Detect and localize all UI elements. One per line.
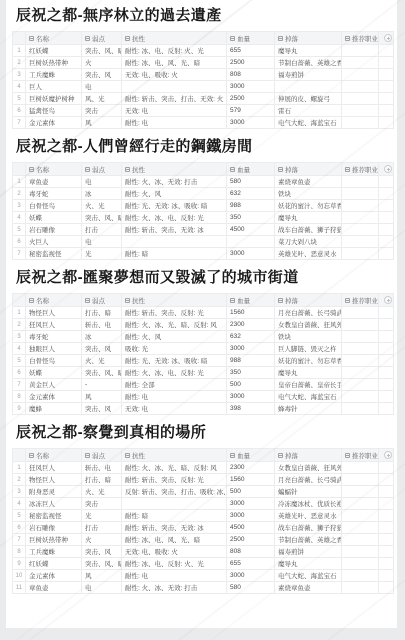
grid-square-icon [85, 167, 90, 172]
cell-drops[interactable]: 电气大蛇、海蓝宝石 [275, 117, 342, 129]
column-header-weakness[interactable]: 弱点 [82, 294, 122, 307]
cell-drops[interactable]: 电气大蛇、海蓝宝石 [275, 391, 342, 403]
row-number: 3 [13, 331, 26, 343]
cell-name[interactable]: 妖蝶 [26, 367, 82, 379]
cell-hp[interactable]: 808 [227, 546, 275, 558]
cell-drops[interactable]: 福寿煎饼 [275, 69, 342, 81]
grid-square-icon [29, 453, 34, 458]
add-column-header [379, 294, 394, 307]
cell-weakness[interactable]: 火、光 [82, 200, 122, 212]
grid-square-icon [125, 36, 130, 41]
cell-resistance[interactable]: 耐性: 斩击、突击、打击、无效: 火 [122, 93, 227, 105]
column-header-resistance[interactable]: 抗性 [122, 294, 227, 307]
cell-extra [379, 534, 394, 546]
table-row: 1章鱼壶电耐性: 火、冰、无效: 打击580素烧章鱼壶 [13, 176, 394, 188]
plus-circle-icon[interactable] [384, 296, 392, 304]
cell-recommended-class[interactable] [342, 45, 379, 57]
cell-weakness[interactable]: 电 [82, 236, 122, 248]
cell-name[interactable]: 猛禽怪鸟 [26, 105, 82, 117]
cell-weakness[interactable]: 突击、风、暗 [82, 367, 122, 379]
column-header-recommended-class[interactable]: 推荐职业 [342, 294, 379, 307]
cell-recommended-class[interactable] [342, 534, 379, 546]
cell-recommended-class[interactable] [342, 117, 379, 129]
cell-recommended-class[interactable] [342, 331, 379, 343]
cell-resistance[interactable]: 无效: 电 [122, 403, 227, 415]
cell-recommended-class[interactable] [342, 546, 379, 558]
table-row: 2狂风巨人斩击、电耐性: 火、冰、光、暗、反射: 风2300女教皇白蔷薇、狂风外… [13, 319, 394, 331]
column-header-recommended-class[interactable]: 推荐职业 [342, 32, 379, 45]
row-number: 2 [13, 319, 26, 331]
cell-weakness[interactable]: 打击 [82, 224, 122, 236]
cell-recommended-class[interactable] [342, 105, 379, 117]
cell-recommended-class[interactable] [342, 176, 379, 188]
cell-drops[interactable]: 巨人脚链、毁灭之杵 [275, 343, 342, 355]
cell-drops[interactable]: 节制白蔷薇、英雄之香 [275, 534, 342, 546]
cell-name[interactable]: 金元素体 [26, 570, 82, 582]
doc-section: 辰祝之都-人們曾經行走的鋼鐵房間 名称弱点抗性血量掉落推荐职业 1章鱼壶电耐性:… [12, 138, 393, 260]
cell-recommended-class[interactable] [342, 355, 379, 367]
cell-weakness[interactable]: 风、光 [82, 93, 122, 105]
cell-recommended-class[interactable] [342, 224, 379, 236]
cell-hp[interactable]: 988 [227, 355, 275, 367]
cell-extra [379, 117, 394, 129]
cell-resistance[interactable] [122, 498, 227, 510]
cell-hp[interactable]: 2500 [227, 93, 275, 105]
cell-resistance[interactable]: 耐性: 电 [122, 570, 227, 582]
cell-hp[interactable]: 988 [227, 200, 275, 212]
doc-section: 辰祝之都-匯聚夢想而又毀滅了的城市街道 名称弱点抗性血量掉落推荐职业 1物怪巨人… [12, 269, 393, 415]
cell-hp[interactable]: 2500 [227, 534, 275, 546]
table-row: 5巨树妖魔护树种风、光耐性: 斩击、突击、打击、无效: 火2500伸展的皮、螺旋… [13, 93, 394, 105]
cell-recommended-class[interactable] [342, 486, 379, 498]
cell-drops[interactable]: 蝙蝠针 [275, 486, 342, 498]
cell-resistance[interactable]: 耐性: 火、风 [122, 331, 227, 343]
cell-name[interactable]: 魔蜂 [26, 403, 82, 415]
cell-name[interactable]: 红妖蝶 [26, 558, 82, 570]
table-row: 3白骨怪鸟火、光耐性: 光、无效: 冰、吸收: 暗988妖花的蜜汁、勿忘草香袋 [13, 200, 394, 212]
cell-name[interactable]: 妖蝶 [26, 212, 82, 224]
cell-recommended-class[interactable] [342, 248, 379, 260]
cell-resistance[interactable]: 反射: 斩击、突击、打击、吸收: 冰、风 [122, 486, 227, 498]
column-header-name[interactable]: 名称 [26, 294, 82, 307]
row-number: 9 [13, 403, 26, 415]
cell-drops[interactable]: 冷冻魔冰杖、优质长袍披风 [275, 498, 342, 510]
cell-weakness[interactable]: 打击 [82, 522, 122, 534]
cell-weakness[interactable]: 火、光 [82, 355, 122, 367]
column-header-label: 推荐职业 [352, 34, 378, 43]
cell-resistance[interactable]: 耐性: 斩击、突击、反射: 光 [122, 474, 227, 486]
cell-drops[interactable]: 福寿煎饼 [275, 546, 342, 558]
cell-name[interactable]: 工兵魔蛛 [26, 546, 82, 558]
row-number: 6 [13, 236, 26, 248]
cell-weakness[interactable]: 火 [82, 57, 122, 69]
cell-weakness[interactable]: 风 [82, 570, 122, 582]
table-row: 6妖蝶突击、风、暗耐性: 火、冰、电、反射: 光350魔导丸 [13, 367, 394, 379]
cell-name[interactable]: 秘密监视怪 [26, 248, 82, 260]
row-number: 8 [13, 391, 26, 403]
plus-circle-icon[interactable] [384, 165, 392, 173]
cell-resistance[interactable]: 吸收: 光 [122, 343, 227, 355]
cell-resistance[interactable]: 耐性: 全部 [122, 379, 227, 391]
cell-name[interactable]: 毒牙蛇 [26, 188, 82, 200]
grid-square-icon [230, 167, 235, 172]
column-header-label: 抗性 [132, 165, 145, 174]
cell-recommended-class[interactable] [342, 403, 379, 415]
cell-weakness[interactable]: 电 [82, 582, 122, 594]
cell-name[interactable]: 秘密监视怪 [26, 510, 82, 522]
doc-section: 辰祝之都-無序林立的過去遺產 名称弱点抗性血量掉落推荐职业 1红妖蝶突击、风、暗… [12, 7, 393, 129]
cell-weakness[interactable]: 冰 [82, 331, 122, 343]
cell-weakness[interactable]: 突击、风、暗 [82, 558, 122, 570]
cell-name[interactable]: 红妖蝶 [26, 45, 82, 57]
cell-name[interactable]: 岩石雕像 [26, 522, 82, 534]
cell-hp[interactable]: 350 [227, 212, 275, 224]
cell-drops[interactable]: 魔导丸 [275, 212, 342, 224]
row-number: 8 [13, 546, 26, 558]
cell-recommended-class[interactable] [342, 391, 379, 403]
cell-hp[interactable]: 655 [227, 45, 275, 57]
cell-drops[interactable]: 战车白蔷薇、狮子狩猎 [275, 522, 342, 534]
cell-drops[interactable]: 蜂毒针 [275, 403, 342, 415]
cell-hp[interactable]: 500 [227, 486, 275, 498]
cell-weakness[interactable]: 突击、风 [82, 69, 122, 81]
cell-hp[interactable]: 3000 [227, 570, 275, 582]
cell-drops[interactable]: 月亮白蔷薇、长弓骑武器 [275, 474, 342, 486]
cell-recommended-class[interactable] [342, 474, 379, 486]
cell-name[interactable]: 冰冻巨人 [26, 498, 82, 510]
cell-weakness[interactable]: 打击、暗 [82, 474, 122, 486]
cell-name[interactable]: 章鱼壶 [26, 582, 82, 594]
row-number: 4 [13, 81, 26, 93]
table-row: 7黄金巨人-耐性: 全部500皇帝白蔷薇、皇帝长手套 [13, 379, 394, 391]
cell-hp[interactable]: 3000 [227, 391, 275, 403]
cell-extra [379, 307, 394, 319]
cell-name[interactable]: 章鱼壶 [26, 176, 82, 188]
plus-circle-icon[interactable] [384, 451, 392, 459]
cell-weakness[interactable]: 突击、风 [82, 546, 122, 558]
column-header-drops[interactable]: 掉落 [275, 294, 342, 307]
cell-weakness[interactable]: 光 [82, 510, 122, 522]
plus-circle-icon[interactable] [384, 34, 392, 42]
cell-weakness[interactable]: 突击、风、暗 [82, 212, 122, 224]
cell-drops[interactable]: 女教皇白蔷薇、狂风外衣 [275, 462, 342, 474]
cell-recommended-class[interactable] [342, 69, 379, 81]
cell-recommended-class[interactable] [342, 498, 379, 510]
row-number-header [13, 449, 26, 462]
cell-hp[interactable]: 350 [227, 367, 275, 379]
add-column-header [379, 449, 394, 462]
cell-hp[interactable]: 632 [227, 188, 275, 200]
row-number: 6 [13, 105, 26, 117]
cell-hp[interactable]: 1560 [227, 474, 275, 486]
cell-hp[interactable]: 808 [227, 69, 275, 81]
table-row: 9魔蜂突击、风无效: 电398蜂毒针 [13, 403, 394, 415]
cell-name[interactable]: 黄金巨人 [26, 379, 82, 391]
cell-recommended-class[interactable] [342, 188, 379, 200]
grid-square-icon [85, 453, 90, 458]
cell-drops[interactable]: 节制白蔷薇、英雄之香 [275, 57, 342, 69]
cell-hp[interactable]: 580 [227, 582, 275, 594]
column-header-hp[interactable]: 血量 [227, 294, 275, 307]
grid-square-icon [85, 298, 90, 303]
column-header-resistance[interactable]: 抗性 [122, 163, 227, 176]
cell-drops[interactable]: 雷石 [275, 105, 342, 117]
cell-hp[interactable]: 579 [227, 105, 275, 117]
cell-recommended-class[interactable] [342, 236, 379, 248]
cell-recommended-class[interactable] [342, 212, 379, 224]
cell-hp[interactable]: 2300 [227, 319, 275, 331]
cell-extra [379, 319, 394, 331]
table-row: 6岩石雕像打击耐性: 斩击、突击、无效: 冰4500战车白蔷薇、狮子狩猎 [13, 522, 394, 534]
cell-name[interactable]: 白骨怪鸟 [26, 200, 82, 212]
cell-resistance[interactable]: 无效: 电、吸收: 火 [122, 69, 227, 81]
row-number: 10 [13, 570, 26, 582]
cell-hp[interactable] [227, 236, 275, 248]
cell-hp[interactable]: 398 [227, 403, 275, 415]
cell-recommended-class[interactable] [342, 510, 379, 522]
cell-recommended-class[interactable] [342, 462, 379, 474]
cell-drops[interactable]: 战车白蔷薇、狮子狩猎 [275, 224, 342, 236]
cell-extra [379, 379, 394, 391]
row-number: 6 [13, 522, 26, 534]
cell-hp[interactable]: 3000 [227, 498, 275, 510]
cell-extra [379, 498, 394, 510]
row-number: 1 [13, 307, 26, 319]
column-header-hp[interactable]: 血量 [227, 32, 275, 45]
cell-resistance[interactable]: 耐性: 火、冰、无效: 打击 [122, 176, 227, 188]
cell-hp[interactable]: 655 [227, 558, 275, 570]
cell-name[interactable]: 巨树妖热带种 [26, 57, 82, 69]
column-header-weakness[interactable]: 弱点 [82, 449, 122, 462]
column-header-name[interactable]: 名称 [26, 449, 82, 462]
cell-drops[interactable]: 魔导丸 [275, 367, 342, 379]
cell-hp[interactable]: 4500 [227, 522, 275, 534]
cell-name[interactable]: 毒牙蛇 [26, 331, 82, 343]
cell-resistance[interactable]: 耐性: 火、冰、无效: 打击 [122, 582, 227, 594]
table-row: 2物怪巨人打击、暗耐性: 斩击、突击、反射: 光1560月亮白蔷薇、长弓骑武器 [13, 474, 394, 486]
grid-square-icon [230, 36, 235, 41]
cell-hp[interactable]: 632 [227, 331, 275, 343]
grid-square-icon [345, 453, 350, 458]
cell-resistance[interactable]: 耐性: 斩击、突击、无效: 冰 [122, 522, 227, 534]
cell-resistance[interactable]: 耐性: 冰、电、反射: 火、光 [122, 558, 227, 570]
cell-resistance[interactable] [122, 236, 227, 248]
cell-hp[interactable]: 3000 [227, 117, 275, 129]
cell-drops[interactable]: 魔导丸 [275, 558, 342, 570]
cell-weakness[interactable]: 突击 [82, 498, 122, 510]
cell-resistance[interactable]: 耐性: 冰、电、风、光、暗 [122, 57, 227, 69]
cell-resistance[interactable]: 耐性: 斩击、突击、无效: 冰 [122, 224, 227, 236]
cell-weakness[interactable]: 斩击、电 [82, 319, 122, 331]
cell-hp[interactable]: 3000 [227, 343, 275, 355]
cell-resistance[interactable]: 耐性: 火、冰、电、反射: 光 [122, 367, 227, 379]
column-header-name[interactable]: 名称 [26, 32, 82, 45]
cell-weakness[interactable]: 突击、风 [82, 403, 122, 415]
column-header-hp[interactable]: 血量 [227, 163, 275, 176]
cell-weakness[interactable]: 突击、风 [82, 343, 122, 355]
column-header-label: 抗性 [132, 34, 145, 43]
cell-extra [379, 355, 394, 367]
cell-resistance[interactable]: 耐性: 冰、电、风、光、暗 [122, 534, 227, 546]
cell-resistance[interactable]: 耐性: 电 [122, 117, 227, 129]
cell-recommended-class[interactable] [342, 522, 379, 534]
cell-recommended-class[interactable] [342, 307, 379, 319]
cell-resistance[interactable]: 耐性: 光、无效: 冰、吸收: 暗 [122, 355, 227, 367]
grid-square-icon [278, 167, 283, 172]
grid-square-icon [345, 167, 350, 172]
cell-drops[interactable]: 铁块 [275, 331, 342, 343]
cell-name[interactable]: 物怪巨人 [26, 474, 82, 486]
cell-name[interactable]: 白骨怪鸟 [26, 355, 82, 367]
cell-weakness[interactable]: 风 [82, 117, 122, 129]
cell-recommended-class[interactable] [342, 367, 379, 379]
cell-name[interactable]: 巨人 [26, 81, 82, 93]
grid-square-icon [125, 167, 130, 172]
cell-name[interactable]: 狂风巨人 [26, 462, 82, 474]
cell-name[interactable]: 工兵魔蛛 [26, 69, 82, 81]
cell-recommended-class[interactable] [342, 582, 379, 594]
cell-recommended-class[interactable] [342, 558, 379, 570]
grid-square-icon [230, 298, 235, 303]
cell-drops[interactable]: 素烧章鱼壶 [275, 582, 342, 594]
cell-hp[interactable]: 4500 [227, 224, 275, 236]
cell-resistance[interactable]: 耐性: 暗 [122, 248, 227, 260]
cell-resistance[interactable]: 耐性: 电 [122, 391, 227, 403]
row-number: 1 [13, 176, 26, 188]
table-row: 4独眼巨人突击、风吸收: 光3000巨人脚链、毁灭之杵 [13, 343, 394, 355]
cell-hp[interactable]: 580 [227, 176, 275, 188]
cell-resistance[interactable]: 耐性: 火、冰、光、暗、反射: 风 [122, 319, 227, 331]
cell-recommended-class[interactable] [342, 319, 379, 331]
cell-drops[interactable]: 妖花的蜜汁、勿忘草香袋 [275, 200, 342, 212]
cell-hp[interactable]: 3000 [227, 81, 275, 93]
cell-name[interactable]: 巨树妖魔护树种 [26, 93, 82, 105]
cell-weakness[interactable]: 打击、暗 [82, 307, 122, 319]
cell-weakness[interactable]: 风 [82, 391, 122, 403]
cell-weakness[interactable]: 电 [82, 176, 122, 188]
cell-resistance[interactable]: 耐性: 火、冰、电、反射: 光 [122, 212, 227, 224]
column-header-recommended-class[interactable]: 推荐职业 [342, 449, 379, 462]
column-header-label: 掉落 [285, 296, 298, 305]
cell-hp[interactable]: 500 [227, 379, 275, 391]
cell-name[interactable]: 金元素体 [26, 117, 82, 129]
cell-weakness[interactable]: - [82, 379, 122, 391]
grid-square-icon [29, 36, 34, 41]
cell-name[interactable]: 独眼巨人 [26, 343, 82, 355]
cell-drops[interactable]: 月亮白蔷薇、长弓骑武器 [275, 307, 342, 319]
column-header-recommended-class[interactable]: 推荐职业 [342, 163, 379, 176]
cell-hp[interactable]: 2300 [227, 462, 275, 474]
cell-weakness[interactable]: 斩击、电 [82, 462, 122, 474]
cell-name[interactable]: 物怪巨人 [26, 307, 82, 319]
cell-resistance[interactable]: 耐性: 光、无效: 冰、吸收: 暗 [122, 200, 227, 212]
cell-recommended-class[interactable] [342, 57, 379, 69]
section-title: 辰祝之都-察覺到真相的場所 [16, 424, 393, 441]
cell-drops[interactable]: 英雄光叶、恶意灵水 [275, 248, 342, 260]
cell-name[interactable]: 巨树妖热带种 [26, 534, 82, 546]
cell-extra [379, 582, 394, 594]
cell-extra [379, 343, 394, 355]
cell-weakness[interactable]: 火、光 [82, 486, 122, 498]
cell-hp[interactable]: 3000 [227, 510, 275, 522]
cell-drops[interactable]: 女教皇白蔷薇、狂风外衣 [275, 319, 342, 331]
cell-name[interactable]: 岩石雕像 [26, 224, 82, 236]
cell-recommended-class[interactable] [342, 343, 379, 355]
table-row: 3工兵魔蛛突击、风无效: 电、吸收: 火808福寿煎饼 [13, 69, 394, 81]
cell-drops[interactable]: 伸展的皮、螺旋弓 [275, 93, 342, 105]
cell-drops[interactable]: 魔导丸 [275, 45, 342, 57]
column-header-name[interactable]: 名称 [26, 163, 82, 176]
cell-hp[interactable]: 1560 [227, 307, 275, 319]
cell-drops[interactable]: 妖花的蜜汁、勿忘草香袋 [275, 355, 342, 367]
cell-name[interactable]: 火巨人 [26, 236, 82, 248]
column-header-label: 推荐职业 [352, 296, 378, 305]
cell-extra [379, 176, 394, 188]
column-header-hp[interactable]: 血量 [227, 449, 275, 462]
column-header-label: 血量 [237, 165, 250, 174]
cell-extra [379, 403, 394, 415]
cell-resistance[interactable]: 耐性: 暗 [122, 510, 227, 522]
cell-weakness[interactable]: 突击 [82, 105, 122, 117]
cell-recommended-class[interactable] [342, 570, 379, 582]
cell-drops[interactable]: 菜刀大剁八块 [275, 236, 342, 248]
column-header-label: 弱点 [92, 451, 105, 460]
cell-recommended-class[interactable] [342, 93, 379, 105]
cell-name[interactable]: 金元素体 [26, 391, 82, 403]
cell-resistance[interactable] [122, 81, 227, 93]
cell-hp[interactable]: 2500 [227, 57, 275, 69]
cell-weakness[interactable]: 火 [82, 534, 122, 546]
cell-name[interactable]: 狂风巨人 [26, 319, 82, 331]
cell-drops[interactable]: 皇帝白蔷薇、皇帝长手套 [275, 379, 342, 391]
doc-section: 辰祝之都-察覺到真相的場所 名称弱点抗性血量掉落推荐职业 1狂风巨人斩击、电耐性… [12, 424, 393, 594]
cell-extra [379, 522, 394, 534]
column-header-drops[interactable]: 掉落 [275, 32, 342, 45]
column-header-drops[interactable]: 掉落 [275, 449, 342, 462]
column-header-weakness[interactable]: 弱点 [82, 163, 122, 176]
cell-weakness[interactable]: 光 [82, 248, 122, 260]
cell-drops[interactable]: 铁块 [275, 188, 342, 200]
cell-resistance[interactable]: 耐性: 冰、电、反射: 火、光 [122, 45, 227, 57]
cell-drops[interactable]: 电气大蛇、海蓝宝石 [275, 570, 342, 582]
column-header-weakness[interactable]: 弱点 [82, 32, 122, 45]
cell-recommended-class[interactable] [342, 200, 379, 212]
column-header-resistance[interactable]: 抗性 [122, 449, 227, 462]
cell-drops[interactable]: 素烧章鱼壶 [275, 176, 342, 188]
cell-extra [379, 462, 394, 474]
cell-recommended-class[interactable] [342, 379, 379, 391]
cell-resistance[interactable]: 耐性: 火、冰、光、暗、反射: 风 [122, 462, 227, 474]
column-header-resistance[interactable]: 抗性 [122, 32, 227, 45]
cell-drops[interactable]: 英雄光叶、恶意灵水 [275, 510, 342, 522]
grid-square-icon [278, 298, 283, 303]
row-number-header [13, 32, 26, 45]
cell-resistance[interactable]: 耐性: 斩击、突击、反射: 光 [122, 307, 227, 319]
cell-weakness[interactable]: 冰 [82, 188, 122, 200]
cell-extra [379, 200, 394, 212]
cell-drops[interactable] [275, 81, 342, 93]
cell-recommended-class[interactable] [342, 81, 379, 93]
cell-resistance[interactable]: 耐性: 火、风 [122, 188, 227, 200]
cell-weakness[interactable]: 突击、风、暗 [82, 45, 122, 57]
cell-weakness[interactable]: 电 [82, 81, 122, 93]
column-header-drops[interactable]: 掉落 [275, 163, 342, 176]
cell-extra [379, 69, 394, 81]
cell-resistance[interactable]: 无效: 电、吸收: 火 [122, 546, 227, 558]
cell-resistance[interactable]: 无效: 电 [122, 105, 227, 117]
cell-name[interactable]: 附身恶灵 [26, 486, 82, 498]
cell-hp[interactable]: 3000 [227, 248, 275, 260]
